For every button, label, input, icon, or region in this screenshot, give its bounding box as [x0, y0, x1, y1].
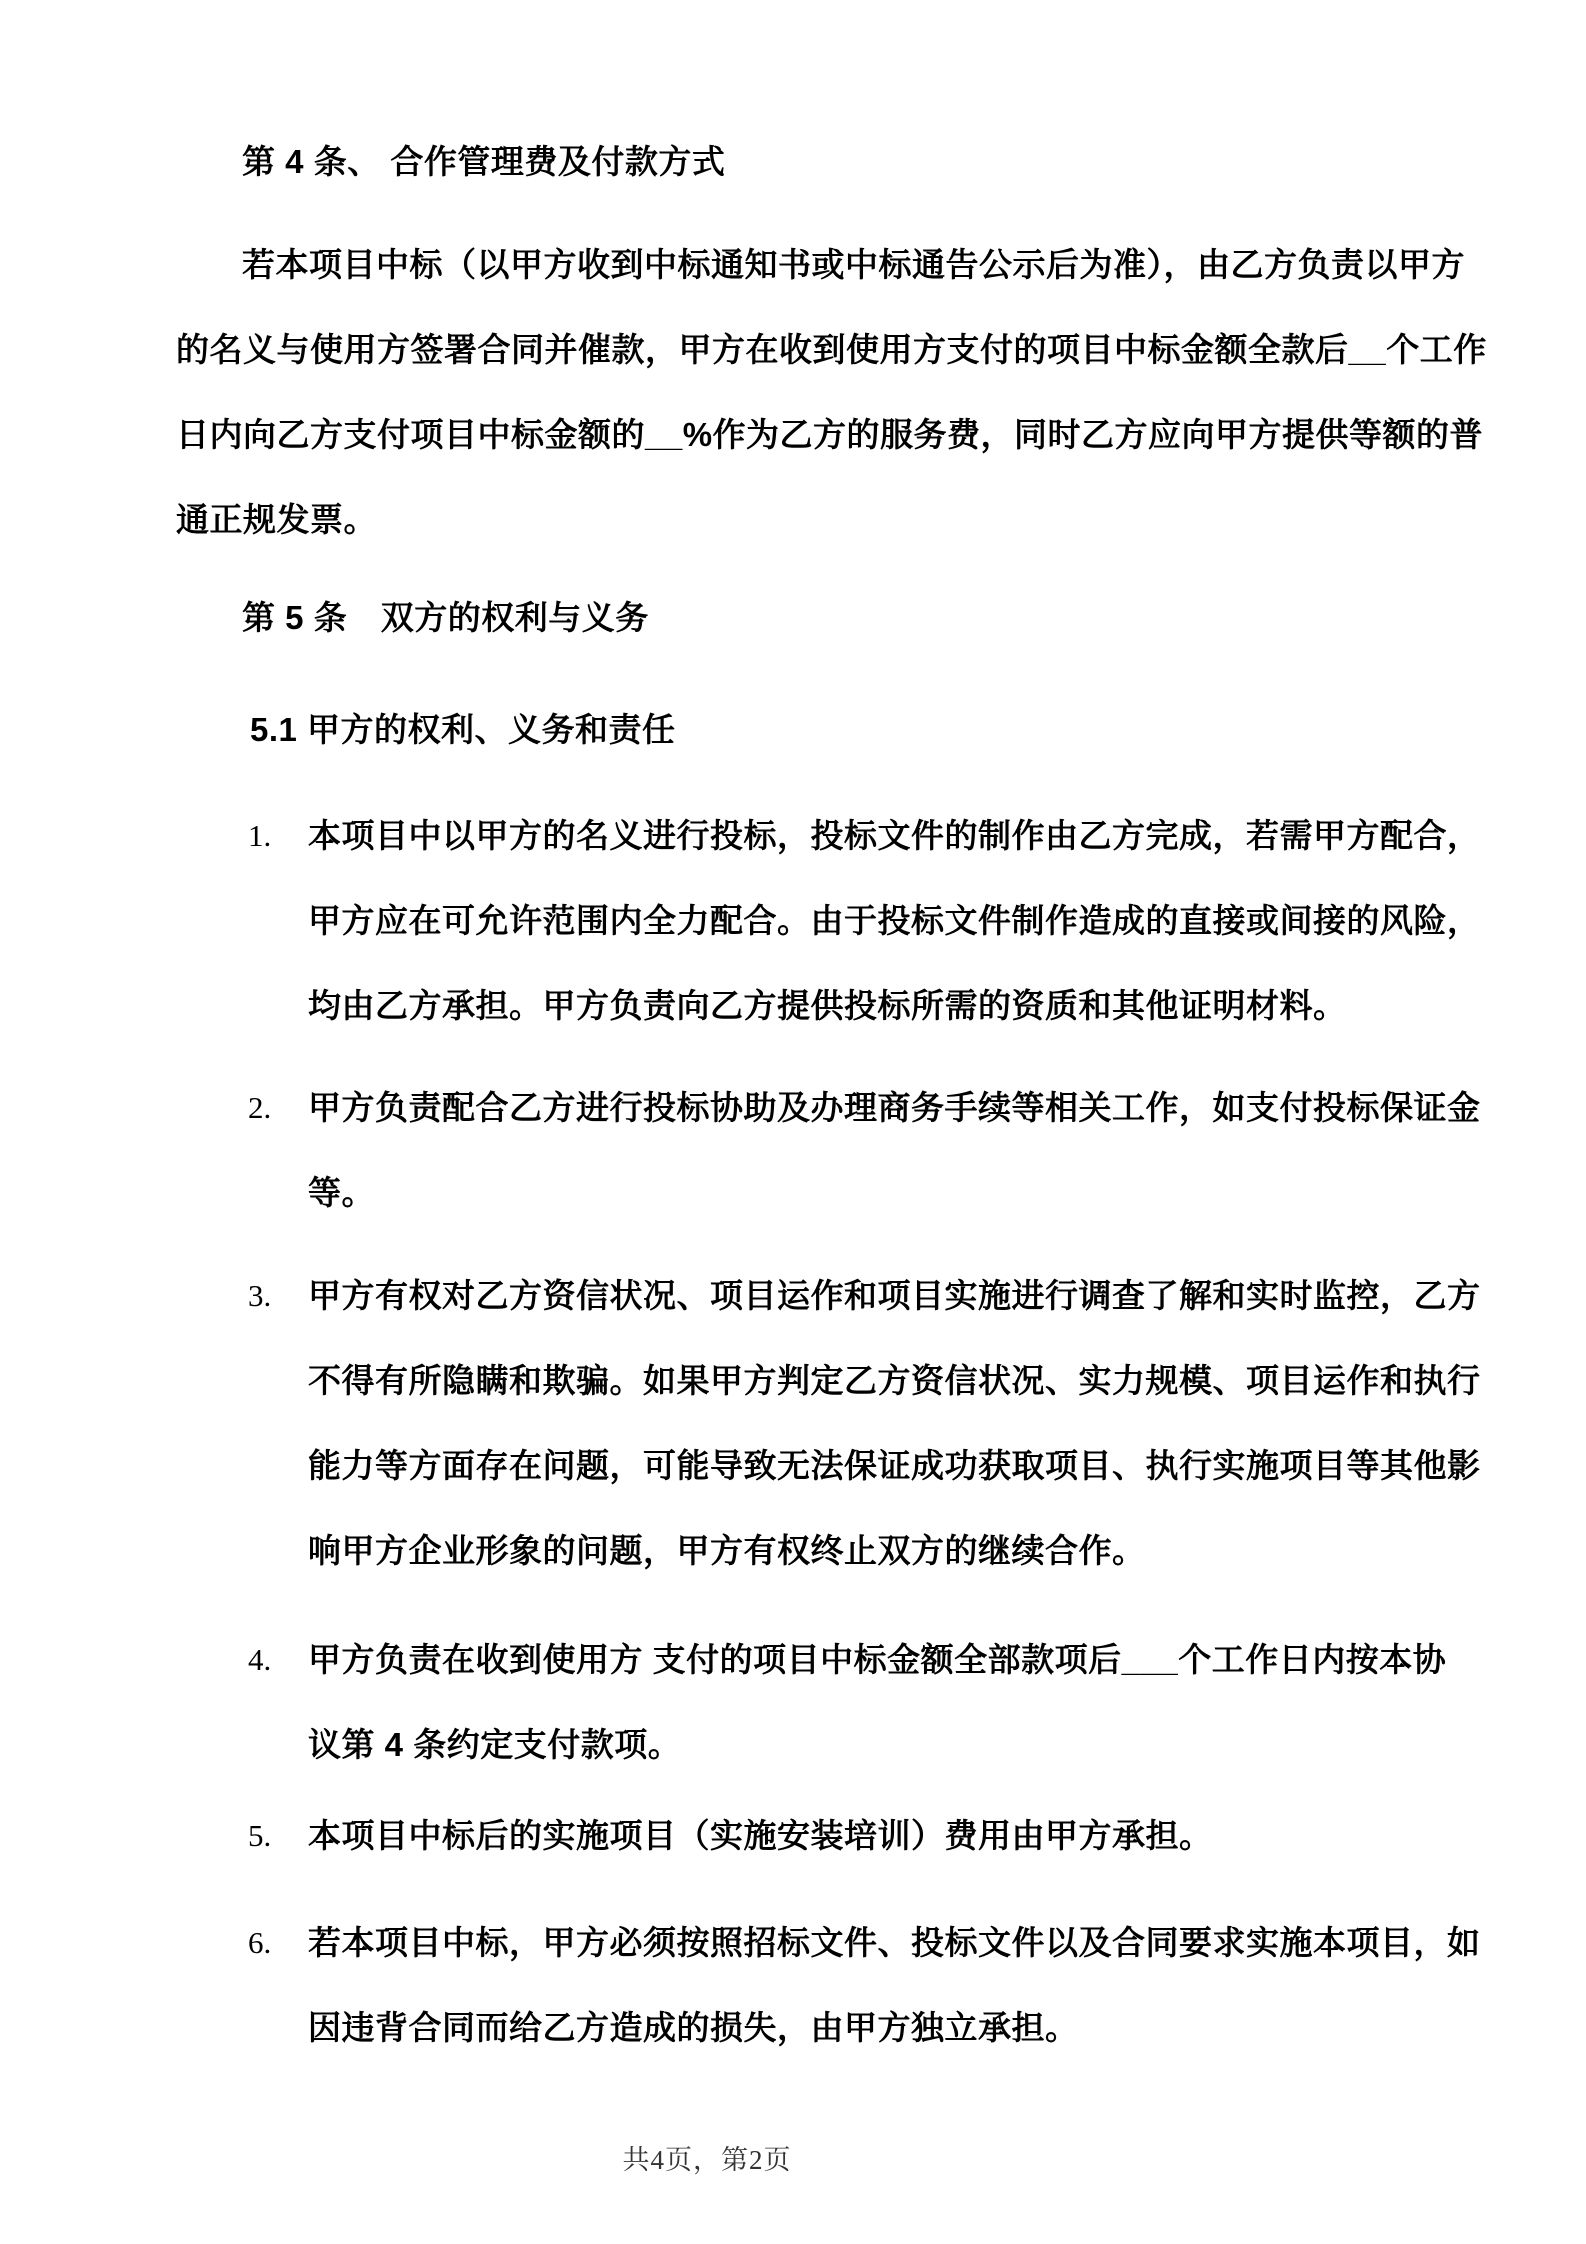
list-item-line: 不得有所隐瞒和欺骗。如果甲方判定乙方资信状况、实力规模、项目运作和执行 [308, 1338, 1481, 1423]
list-item-line: 若本项目中标，甲方必须按照招标文件、投标文件以及合同要求实施本项目，如 [308, 1900, 1481, 1985]
list-item-line: 响甲方企业形象的问题，甲方有权终止双方的继续合作。 [308, 1508, 1481, 1593]
list-item-line: 本项目中以甲方的名义进行投标，投标文件的制作由乙方完成，若需甲方配合， [308, 793, 1481, 878]
article5-heading: 第 5 条 双方的权利与义务 [242, 598, 649, 638]
list-item-line: 甲方负责在收到使用方 支付的项目中标金额全部款项后___个工作日内按本协 [308, 1617, 1446, 1702]
list-item: 5. 本项目中标后的实施项目（实施安装培训）费用由甲方承担。 [308, 1793, 1213, 1878]
list-item: 1. 本项目中以甲方的名义进行投标，投标文件的制作由乙方完成，若需甲方配合， 甲… [308, 793, 1481, 1048]
paragraph-line: 若本项目中标（以甲方收到中标通知书或中标通告公示后为准），由乙方负责以甲方 [176, 222, 1487, 307]
article4-heading: 第 4 条、 合作管理费及付款方式 [242, 142, 725, 182]
section-5-1-heading: 5.1 甲方的权利、义务和责任 [250, 710, 676, 750]
list-item-number: 6. [248, 1900, 271, 1985]
list-item: 3. 甲方有权对乙方资信状况、项目运作和项目实施进行调查了解和实时监控，乙方 不… [308, 1253, 1481, 1593]
paragraph-line: 日内向乙方支付项目中标金额的__%作为乙方的服务费，同时乙方应向甲方提供等额的普 [176, 392, 1487, 477]
list-item-number: 5. [248, 1793, 271, 1878]
list-item-line: 甲方负责配合乙方进行投标协助及办理商务手续等相关工作，如支付投标保证金 [308, 1065, 1481, 1150]
list-item-number: 1. [248, 793, 271, 878]
list-item-line: 本项目中标后的实施项目（实施安装培训）费用由甲方承担。 [308, 1793, 1213, 1878]
list-item-line: 均由乙方承担。甲方负责向乙方提供投标所需的资质和其他证明材料。 [308, 963, 1481, 1048]
list-item-line: 甲方应在可允许范围内全力配合。由于投标文件制作造成的直接或间接的风险， [308, 878, 1481, 963]
page-footer: 共4页，第2页 [0, 2138, 1414, 2177]
contract-document-page: 第 4 条、 合作管理费及付款方式 若本项目中标（以甲方收到中标通知书或中标通告… [0, 0, 1586, 2244]
list-item-line: 能力等方面存在问题，可能导致无法保证成功获取项目、执行实施项目等其他影 [308, 1423, 1481, 1508]
list-item-line: 因违背合同而给乙方造成的损失，由甲方独立承担。 [308, 1985, 1481, 2070]
paragraph-line: 通正规发票。 [176, 477, 1487, 562]
list-item-line: 等。 [308, 1150, 1481, 1235]
article4-paragraph: 若本项目中标（以甲方收到中标通知书或中标通告公示后为准），由乙方负责以甲方 的名… [176, 222, 1487, 562]
list-item: 6. 若本项目中标，甲方必须按照招标文件、投标文件以及合同要求实施本项目，如 因… [308, 1900, 1481, 2070]
list-item-number: 4. [248, 1617, 271, 1702]
list-item-number: 3. [248, 1253, 271, 1338]
list-item: 4. 甲方负责在收到使用方 支付的项目中标金额全部款项后___个工作日内按本协 … [308, 1617, 1446, 1787]
list-item: 2. 甲方负责配合乙方进行投标协助及办理商务手续等相关工作，如支付投标保证金 等… [308, 1065, 1481, 1235]
paragraph-line: 的名义与使用方签署合同并催款，甲方在收到使用方支付的项目中标金额全款后__个工作 [176, 307, 1487, 392]
list-item-line: 甲方有权对乙方资信状况、项目运作和项目实施进行调查了解和实时监控，乙方 [308, 1253, 1481, 1338]
list-item-number: 2. [248, 1065, 271, 1150]
list-item-line: 议第 4 条约定支付款项。 [308, 1702, 1446, 1787]
